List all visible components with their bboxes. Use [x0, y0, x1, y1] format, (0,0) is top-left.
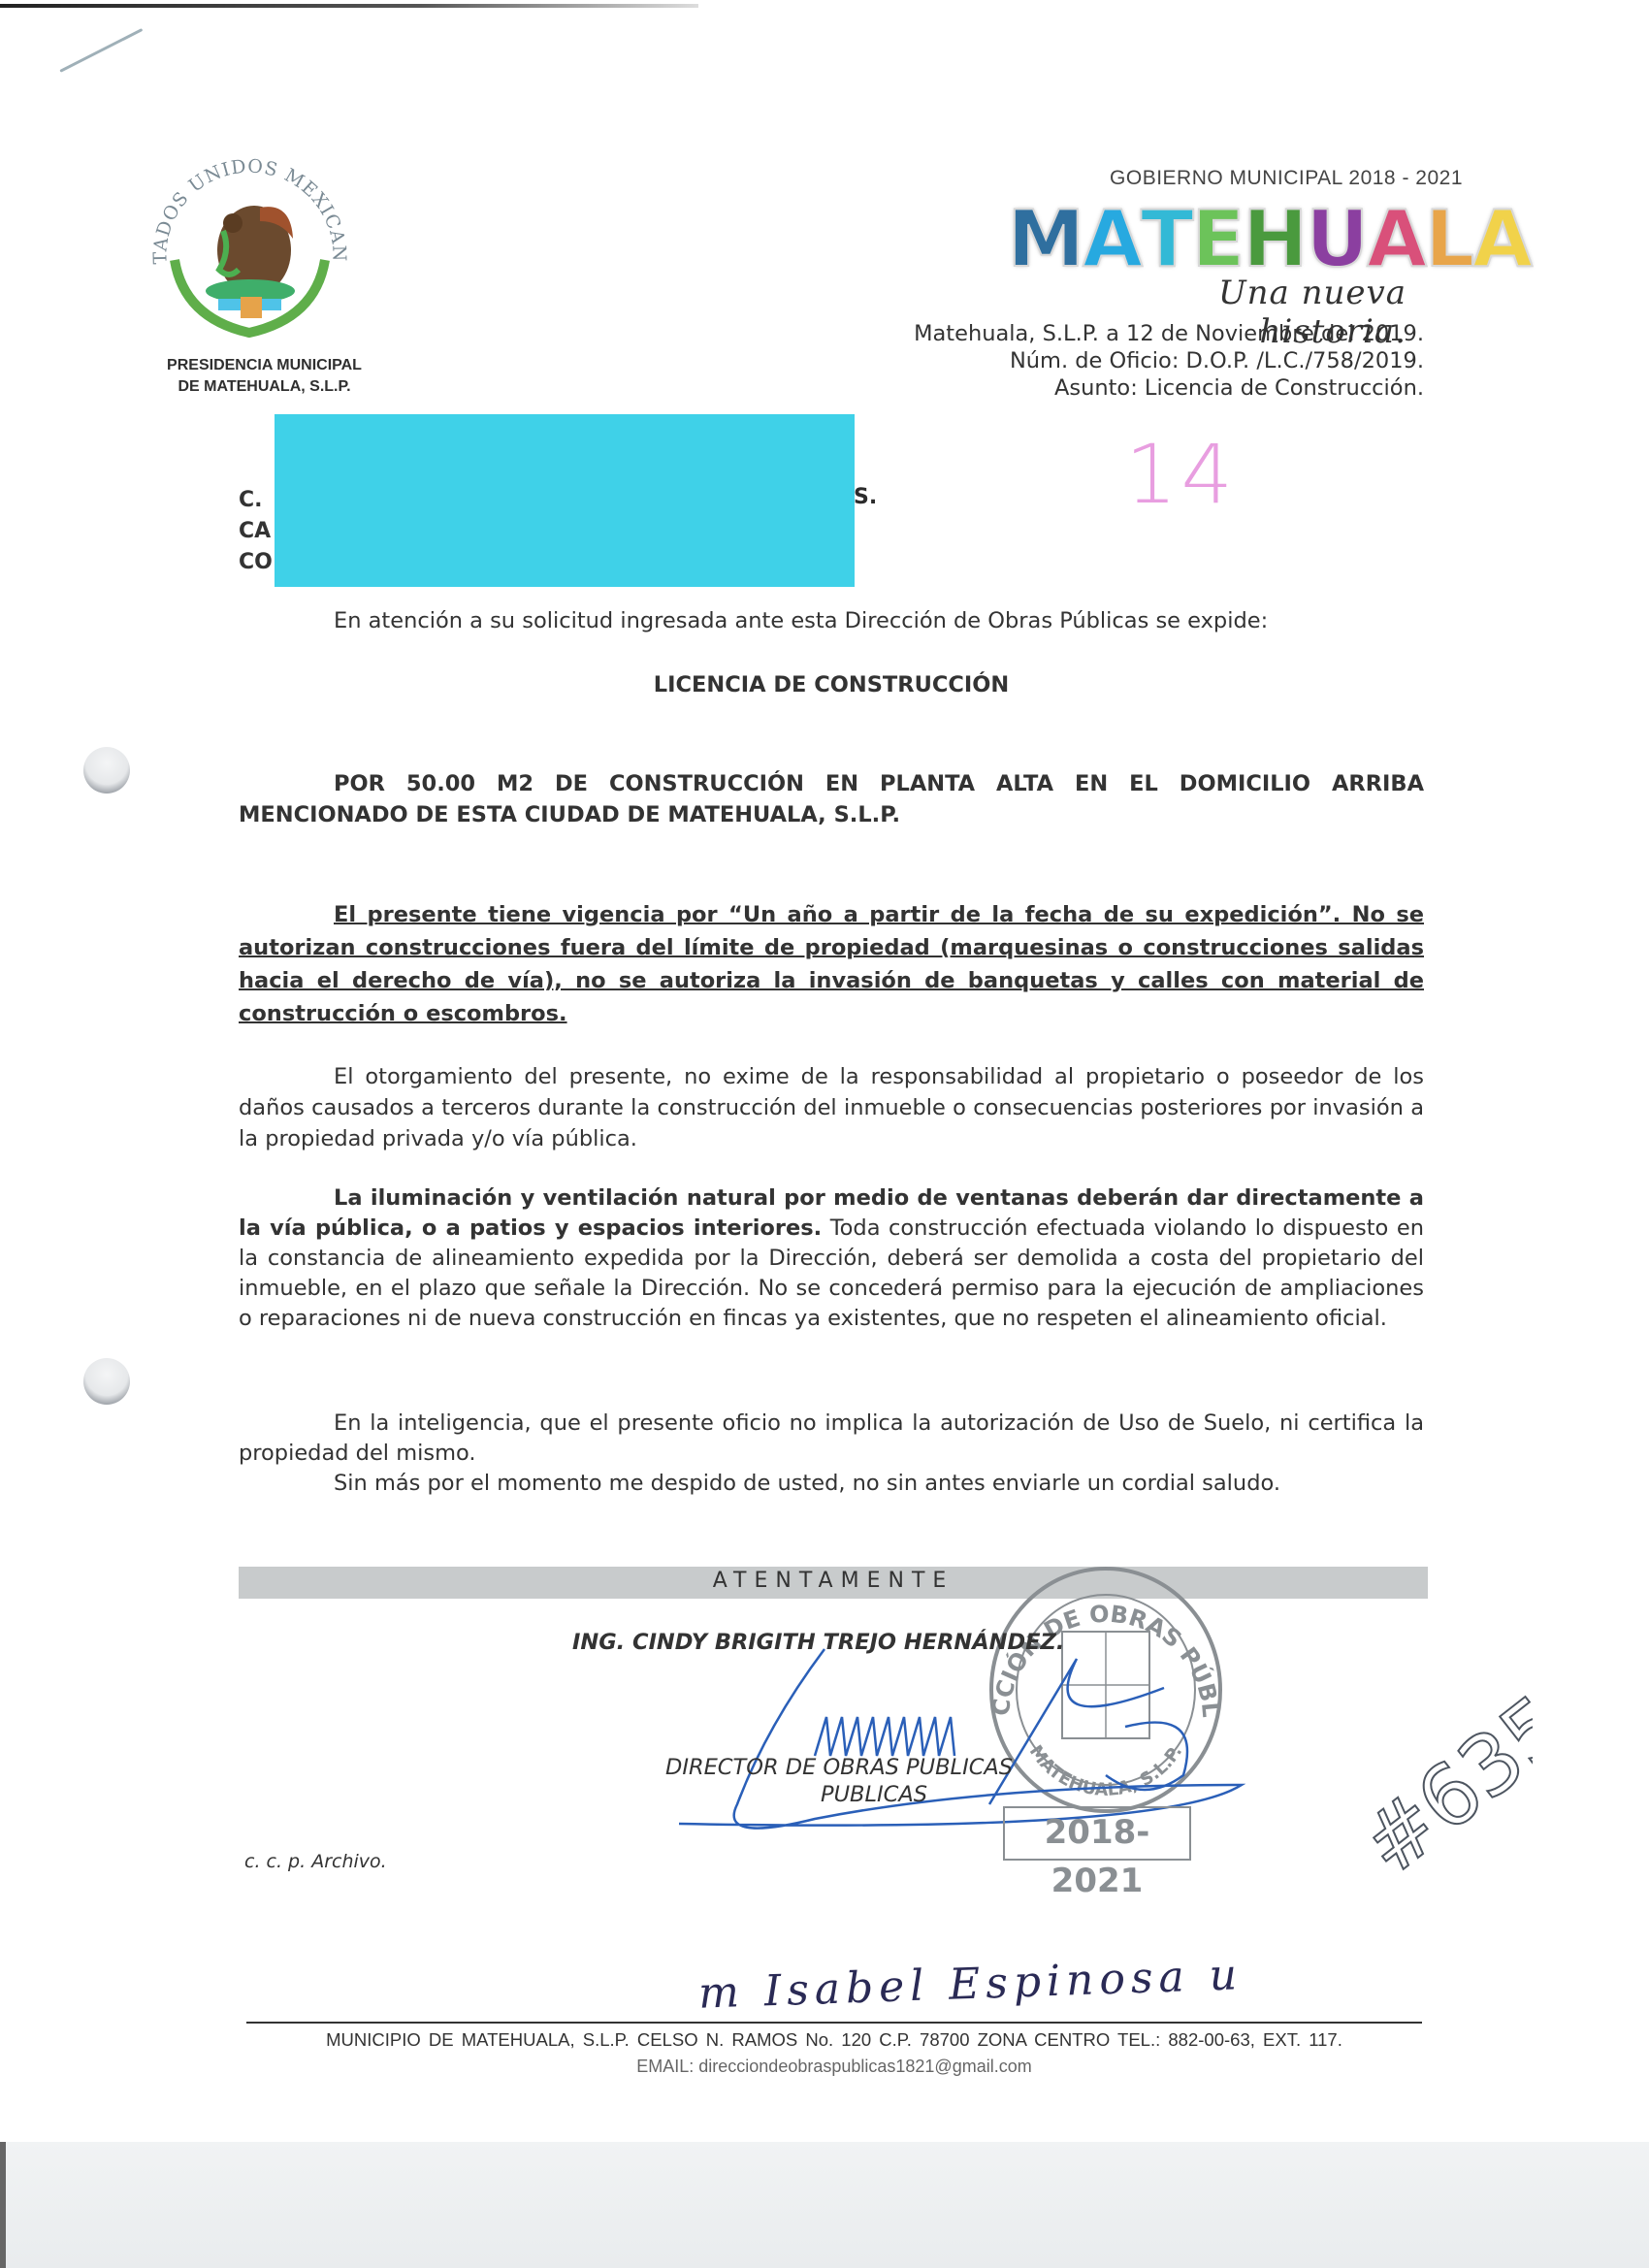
- attentively-label: ATENTAMENTE: [239, 1569, 1428, 1593]
- addressee-tail: S.: [854, 485, 877, 509]
- copy-to: c. c. p. Archivo.: [244, 1851, 387, 1872]
- brand-letter: T: [1141, 200, 1192, 279]
- intro-paragraph: En atención a su solicitud ingresada ant…: [239, 609, 1424, 633]
- brand-letter: M: [1007, 200, 1083, 279]
- national-seal-icon: ESTADOS UNIDOS MEXICANOS: [145, 144, 354, 352]
- government-period: GOBIERNO MUNICIPAL 2018 - 2021: [1094, 167, 1463, 190]
- brand-letter: A: [1083, 200, 1141, 279]
- lighting-paragraph: La iluminación y ventilación natural por…: [239, 1183, 1424, 1334]
- handwritten-file-number: #635: [1280, 1639, 1533, 1872]
- license-scope: POR 50.00 M2 DE CONSTRUCCIÓN EN PLANTA A…: [239, 768, 1424, 830]
- brand-letter: A: [1367, 200, 1425, 279]
- brand-letter: H: [1243, 200, 1306, 279]
- handwritten-received-by: m Isabel Espinosa u: [697, 1950, 1244, 2019]
- brand-letter: L: [1425, 200, 1472, 279]
- closing-paragraph: Sin más por el momento me despido de ust…: [239, 1469, 1424, 1499]
- seal-caption: PRESIDENCIA MUNICIPAL DE MATEHUALA, S.L.…: [136, 355, 393, 398]
- document-header: Matehuala, S.L.P. a 12 de Noviembre del …: [679, 320, 1424, 402]
- brand-letter: U: [1306, 200, 1367, 279]
- footer-divider: [246, 2022, 1422, 2024]
- land-use-paragraph: En la inteligencia, que el presente ofic…: [239, 1409, 1424, 1469]
- punch-hole-top: [83, 747, 130, 794]
- punch-hole-bottom: [83, 1358, 130, 1405]
- validity-paragraph: El presente tiene vigencia por “Un año a…: [239, 898, 1424, 1030]
- redaction-box: [275, 414, 855, 587]
- place-date: Matehuala, S.L.P. a 12 de Noviembre del …: [679, 320, 1424, 347]
- license-title: LICENCIA DE CONSTRUCCIÓN: [239, 673, 1424, 697]
- svg-text:#635: #635: [1344, 1677, 1533, 1872]
- signer-title: DIRECTOR DE OBRAS PUBLICAS PUBLICAS: [665, 1754, 1013, 1808]
- addressee: C. CA CO: [239, 485, 273, 578]
- matehuala-logo: MATEHUALA: [1026, 200, 1531, 279]
- brand-letter: A: [1472, 200, 1531, 279]
- scan-bottom-edge: [0, 2142, 1649, 2268]
- pencil-mark: [59, 28, 143, 73]
- footer-address: MUNICIPIO DE MATEHUALA, S.L.P. CELSO N. …: [246, 2029, 1422, 2051]
- brand-letter: E: [1192, 200, 1244, 279]
- office-number: Núm. de Oficio: D.O.P. /L.C./758/2019.: [679, 347, 1424, 374]
- footer-email: EMAIL: direcciondeobraspublicas1821@gmai…: [246, 2057, 1422, 2077]
- handwritten-page-mark: 14: [1125, 427, 1237, 522]
- subject: Asunto: Licencia de Construcción.: [679, 374, 1424, 402]
- liability-paragraph: El otorgamiento del presente, no exime d…: [239, 1061, 1424, 1154]
- stamp-years: 2018-2021: [1003, 1806, 1191, 1861]
- scan-top-edge: [0, 4, 698, 8]
